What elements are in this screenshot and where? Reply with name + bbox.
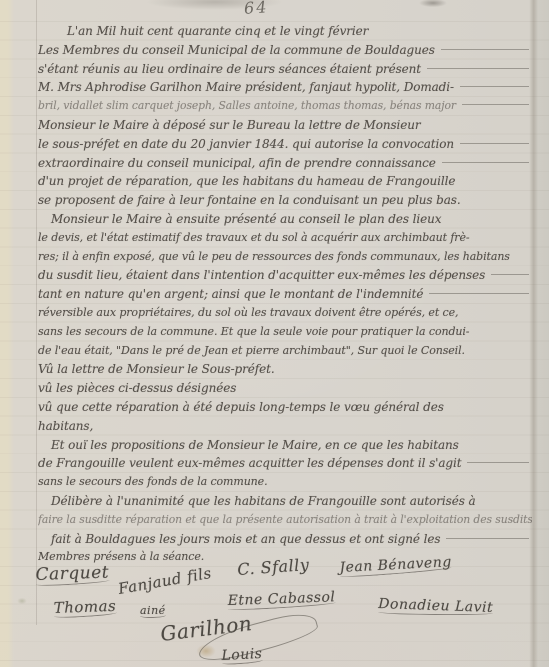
manuscript-line-text: sans le secours des fonds de la commune. [38,473,267,492]
manuscript-line-text: Et ouï les propositions de Monsieur le M… [51,436,459,455]
page-number: 64 [243,0,269,18]
manuscript-line-text: Les Membres du conseil Municipal de la c… [38,41,435,60]
line-trail-flourish [491,274,529,275]
manuscript-line: •Vû la lettre de Monsieur le Sous-préfet… [38,360,532,379]
manuscript-line-text: vû que cette réparation à été depuis lon… [38,398,444,417]
manuscript-line-text: Membres présens à la séance. [38,548,204,567]
manuscript-line-text: s'étant réunis au lieu ordinaire de leur… [38,60,421,79]
manuscript-line: sans les secours de la commune. Et que l… [38,323,532,342]
manuscript-line-text: Monsieur le Maire à déposé sur le Bureau… [38,116,421,135]
line-trail-flourish [462,104,529,105]
manuscript-page: 64 L'an Mil huit cent quarante cinq et l… [0,0,549,667]
line-trail-flourish [429,293,529,294]
manuscript-line: le sous-préfet en date du 20 janvier 184… [38,135,532,154]
manuscript-line: M. Mrs Aphrodise Garilhon Maire présiden… [38,78,532,97]
manuscript-line: faire la susditte réparation et que la p… [38,511,532,530]
manuscript-line-text: du susdit lieu, étaient dans l'intention… [38,266,485,285]
manuscript-line: du susdit lieu, étaient dans l'intention… [38,266,532,285]
manuscript-line-text: d'un projet de réparation, que les habit… [38,172,455,191]
manuscript-line: habitans, [38,417,532,436]
manuscript-line: réversible aux propriétaires, du sol où … [38,304,532,323]
manuscript-line: Monsieur le Maire à ensuite présenté au … [38,210,532,229]
manuscript-line: Membres présens à la séance. [38,548,532,567]
manuscript-text-block: L'an Mil huit cent quarante cinq et le v… [38,22,532,567]
manuscript-line: Monsieur le Maire à déposé sur le Bureau… [38,116,532,135]
manuscript-line: s'étant réunis au lieu ordinaire de leur… [38,60,532,79]
signature: Donadieu Lavit [378,596,493,617]
manuscript-line-text: de l'eau était, "Dans le pré de Jean et … [38,342,465,361]
manuscript-line-text: le sous-préfet en date du 20 janvier 184… [38,135,454,154]
manuscript-line: vû que cette réparation à été depuis lon… [38,398,532,417]
manuscript-line-text: de Frangouille veulent eux-mêmes acquitt… [38,454,461,473]
manuscript-line: se proposent de faire à leur fontaine en… [38,191,532,210]
manuscript-line: res; il à enfin exposé, que vû le peu de… [38,248,532,267]
manuscript-line: fait à Bouldagues les jours mois et an q… [38,530,532,549]
manuscript-line: Les Membres du conseil Municipal de la c… [38,41,532,60]
manuscript-line-text: se proposent de faire à leur fontaine en… [38,191,461,210]
manuscript-line: le devis, et l'état estimatif des travau… [38,229,532,248]
manuscript-line: de l'eau était, "Dans le pré de Jean et … [38,342,532,361]
manuscript-line-text: Monsieur le Maire à ensuite présenté au … [51,210,441,229]
line-trail-flourish [460,143,529,144]
line-trail-flourish [427,68,529,69]
manuscript-line: tant en nature qu'en argent; ainsi que l… [38,285,532,304]
margin-fold-line [36,0,37,625]
manuscript-line: L'an Mil huit cent quarante cinq et le v… [38,22,532,41]
manuscript-line: Et ouï les propositions de Monsieur le M… [38,436,532,455]
manuscript-line: de Frangouille veulent eux-mêmes acquitt… [38,454,532,473]
manuscript-line-text: habitans, [38,417,93,436]
manuscript-line-text: Délibère à l'unanimité que les habitans … [51,492,476,511]
manuscript-line-text: res; il à enfin exposé, que vû le peu de… [38,248,510,267]
line-trail-flourish [460,86,529,87]
manuscript-line-text: vû les pièces ci-dessus désignées [38,379,236,398]
signature: Garilhon [159,611,253,646]
manuscript-line-text: faire la susditte réparation et que la p… [38,511,532,530]
manuscript-line-text: sans les secours de la commune. Et que l… [38,323,469,342]
manuscript-line: vû les pièces ci-dessus désignées [38,379,532,398]
manuscript-line-text: tant en nature qu'en argent; ainsi que l… [38,285,423,304]
manuscript-line: sans le secours des fonds de la commune. [38,473,532,492]
line-trail-flourish [441,49,529,50]
signature: Thomas [53,597,116,618]
manuscript-line-text: fait à Bouldagues les jours mois et an q… [51,530,440,549]
signature: Louis [221,646,263,665]
manuscript-line-text: M. Mrs Aphrodise Garilhon Maire présiden… [38,78,454,97]
manuscript-line: *.Délibère à l'unanimité que les habitan… [38,492,532,511]
manuscript-line-text: Vû la lettre de Monsieur le Sous-préfet. [38,360,275,379]
signature: Fanjaud fils [117,564,213,598]
manuscript-line-text: réversible aux propriétaires, du sol où … [38,304,458,323]
line-trail-flourish [446,538,529,539]
manuscript-line: bril, vidallet slim carquet joseph, Sall… [38,97,532,116]
signature: Etne Cabassol [227,589,335,610]
manuscript-line-text: extraordinaire du conseil municipal, afi… [38,154,436,173]
line-trail-flourish [467,462,529,463]
manuscript-line: d'un projet de réparation, que les habit… [38,172,532,191]
manuscript-line-text: le devis, et l'état estimatif des travau… [38,229,469,248]
signature: ainé [140,604,166,618]
line-trail-flourish [442,162,529,163]
manuscript-line-text: L'an Mil huit cent quarante cinq et le v… [67,22,368,41]
manuscript-line: extraordinaire du conseil municipal, afi… [38,154,532,173]
manuscript-line-text: bril, vidallet slim carquet joseph, Sall… [38,97,456,116]
